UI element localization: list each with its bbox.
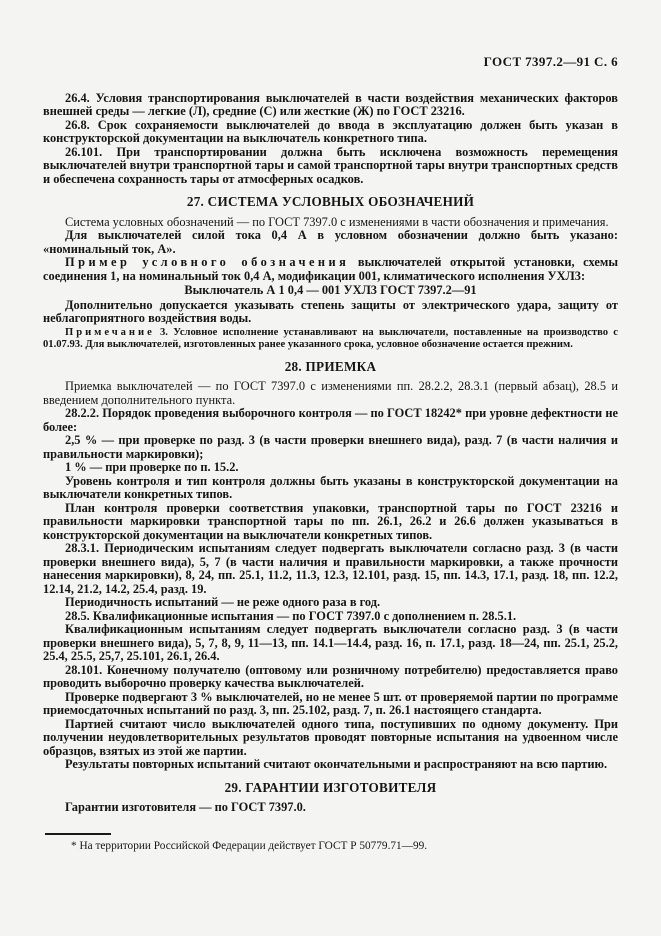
paragraph-28-defect-2-5: 2,5 % — при проверке по разд. 3 (в части… bbox=[43, 434, 618, 461]
footnote-text: * На территории Российской Федерации дей… bbox=[43, 840, 618, 853]
paragraph-28-control-plan: План контроля проверки соответствия упак… bbox=[43, 502, 618, 543]
note-3: Примечание 3. Условное исполнение устана… bbox=[43, 327, 618, 351]
paragraph-28-check-3pct: Проверке подвергают 3 % выключателей, но… bbox=[43, 691, 618, 718]
paragraph-26-8: 26.8. Срок сохраняемости выключателей до… bbox=[43, 119, 618, 146]
paragraph-27-example: Пример условного обозначения выключателе… bbox=[43, 256, 618, 283]
section-27: 27. СИСТЕМА УСЛОВНЫХ ОБОЗНАЧЕНИЙ Система… bbox=[43, 195, 618, 351]
footnote-rule bbox=[45, 833, 111, 835]
paragraph-26-101: 26.101. При транспортировании должна быт… bbox=[43, 146, 618, 187]
paragraph-28-2-2: 28.2.2. Порядок проведения выборочного к… bbox=[43, 407, 618, 434]
document-page: ГОСТ 7397.2—91 С. 6 26.4. Условия трансп… bbox=[0, 0, 661, 936]
paragraph-28-results: Результаты повторных испытаний считают о… bbox=[43, 758, 618, 772]
section-29-heading: 29. ГАРАНТИИ ИЗГОТОВИТЕЛЯ bbox=[43, 781, 618, 795]
section-26: 26.4. Условия транспортирования выключат… bbox=[43, 92, 618, 187]
paragraph-28-101: 28.101. Конечному получателю (оптовому и… bbox=[43, 664, 618, 691]
section-29: 29. ГАРАНТИИ ИЗГОТОВИТЕЛЯ Гарантии изгот… bbox=[43, 781, 618, 815]
running-header: ГОСТ 7397.2—91 С. 6 bbox=[43, 55, 618, 69]
section-28: 28. ПРИЕМКА Приемка выключателей — по ГО… bbox=[43, 360, 618, 772]
section-27-heading: 27. СИСТЕМА УСЛОВНЫХ ОБОЗНАЧЕНИЙ bbox=[43, 195, 618, 209]
paragraph-28-defect-1: 1 % — при проверке по п. 15.2. bbox=[43, 461, 618, 475]
note-lead: Примечание bbox=[65, 327, 155, 338]
paragraph-28-5: 28.5. Квалификационные испытания — по ГО… bbox=[43, 610, 618, 624]
paragraph-26-4: 26.4. Условия транспортирования выключат… bbox=[43, 92, 618, 119]
paragraph-29-guarantees: Гарантии изготовителя — по ГОСТ 7397.0. bbox=[43, 801, 618, 815]
example-designation-lead: Пример условного обозначения bbox=[65, 255, 349, 269]
paragraph-28-intro: Приемка выключателей — по ГОСТ 7397.0 с … bbox=[43, 380, 618, 407]
paragraph-28-batch: Партией считают число выключателей одног… bbox=[43, 718, 618, 759]
paragraph-28-periodicity: Периодичность испытаний — не реже одного… bbox=[43, 596, 618, 610]
designation-formula: Выключатель А 1 0,4 — 001 УХЛ3 ГОСТ 7397… bbox=[43, 284, 618, 298]
paragraph-27-intro: Система условных обозначений — по ГОСТ 7… bbox=[43, 216, 618, 230]
paragraph-27-current: Для выключателей силой тока 0,4 А в усло… bbox=[43, 229, 618, 256]
paragraph-28-3-1: 28.3.1. Периодическим испытаниям следует… bbox=[43, 542, 618, 596]
section-28-heading: 28. ПРИЕМКА bbox=[43, 360, 618, 374]
paragraph-27-additional: Дополнительно допускается указывать степ… bbox=[43, 299, 618, 326]
paragraph-28-qualification: Квалификационным испытаниям следует подв… bbox=[43, 623, 618, 664]
paragraph-28-control-level: Уровень контроля и тип контроля должны б… bbox=[43, 475, 618, 502]
footnote-block: * На территории Российской Федерации дей… bbox=[43, 833, 618, 853]
